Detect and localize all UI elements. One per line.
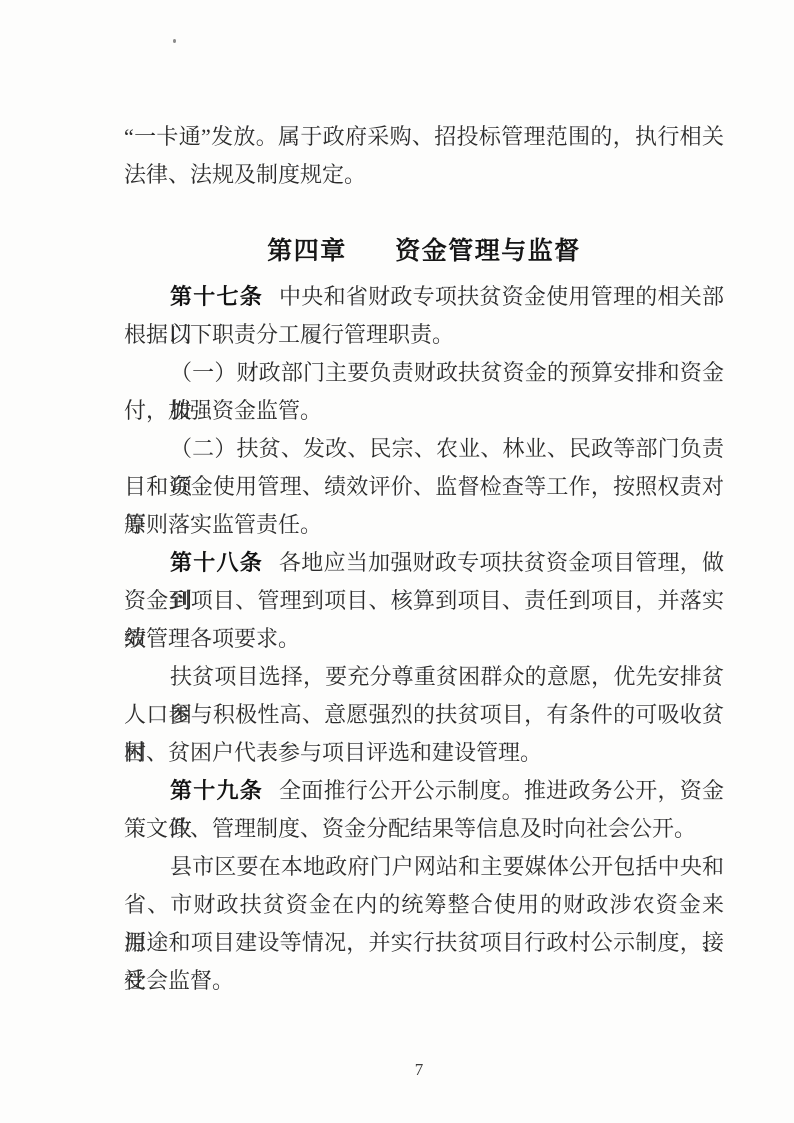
chapter-number: 第四章 (267, 237, 347, 265)
text-line: 县市区要在本地政府门户网站和主要媒体公开包括中央和 (124, 848, 724, 886)
text-line: 村、贫困户代表参与项目评选和建设管理。 (124, 734, 724, 772)
text-line: 原则落实监管责任。 (124, 506, 724, 544)
article-18-label: 第十八条 (170, 550, 263, 575)
text-line: 扶贫项目选择，要充分尊重贫困群众的意愿，优先安排贫困 (124, 658, 724, 696)
text-line: 根据以下职责分工履行管理职责。 (124, 316, 724, 354)
text-line: 策文件、管理制度、资金分配结果等信息及时向社会公开。 (124, 810, 724, 848)
text-line: 效管理各项要求。 (124, 620, 724, 658)
text-line: 目和资金使用管理、绩效评价、监督检查等工作，按照权责对等 (124, 468, 724, 506)
scan-speck (173, 39, 176, 43)
text-line: 省、市财政扶贫资金在内的统筹整合使用的财政涉农资金来源、 (124, 886, 724, 924)
chapter-title: 资金管理与监督 (395, 237, 581, 265)
text-line: 付，加强资金监管。 (124, 392, 724, 430)
text-line: 法律、法规及制度规定。 (124, 156, 724, 194)
article-line: 第十八条各地应当加强财政专项扶贫资金项目管理，做到 (124, 544, 724, 582)
document-page: “一卡通”发放。属于政府采购、招投标管理范围的，执行相关 法律、法规及制度规定。… (0, 0, 794, 1123)
article-17-label: 第十七条 (170, 284, 263, 309)
page-number: 7 (404, 1060, 434, 1080)
text-line: （一）财政部门主要负责财政扶贫资金的预算安排和资金拨 (124, 354, 724, 392)
text-line: “一卡通”发放。属于政府采购、招投标管理范围的，执行相关 (124, 118, 724, 156)
text-line: 用途和项目建设等情况，并实行扶贫项目行政村公示制度，接受 (124, 924, 724, 962)
article-19-label: 第十九条 (170, 778, 263, 803)
document-content: “一卡通”发放。属于政府采购、招投标管理范围的，执行相关 法律、法规及制度规定。… (124, 118, 724, 1000)
text-line: 资金到项目、管理到项目、核算到项目、责任到项目，并落实绩 (124, 582, 724, 620)
article-line: 第十九条全面推行公开公示制度。推进政务公开，资金政 (124, 772, 724, 810)
text-line: （二）扶贫、发改、民宗、农业、林业、民政等部门负责项 (124, 430, 724, 468)
text-line: 社会监督。 (124, 962, 724, 1000)
chapter-heading: 第四章 资金管理与监督 (124, 232, 724, 270)
text-line: 人口参与积极性高、意愿强烈的扶贫项目，有条件的可吸收贫困 (124, 696, 724, 734)
article-line: 第十七条中央和省财政专项扶贫资金使用管理的相关部门 (124, 278, 724, 316)
